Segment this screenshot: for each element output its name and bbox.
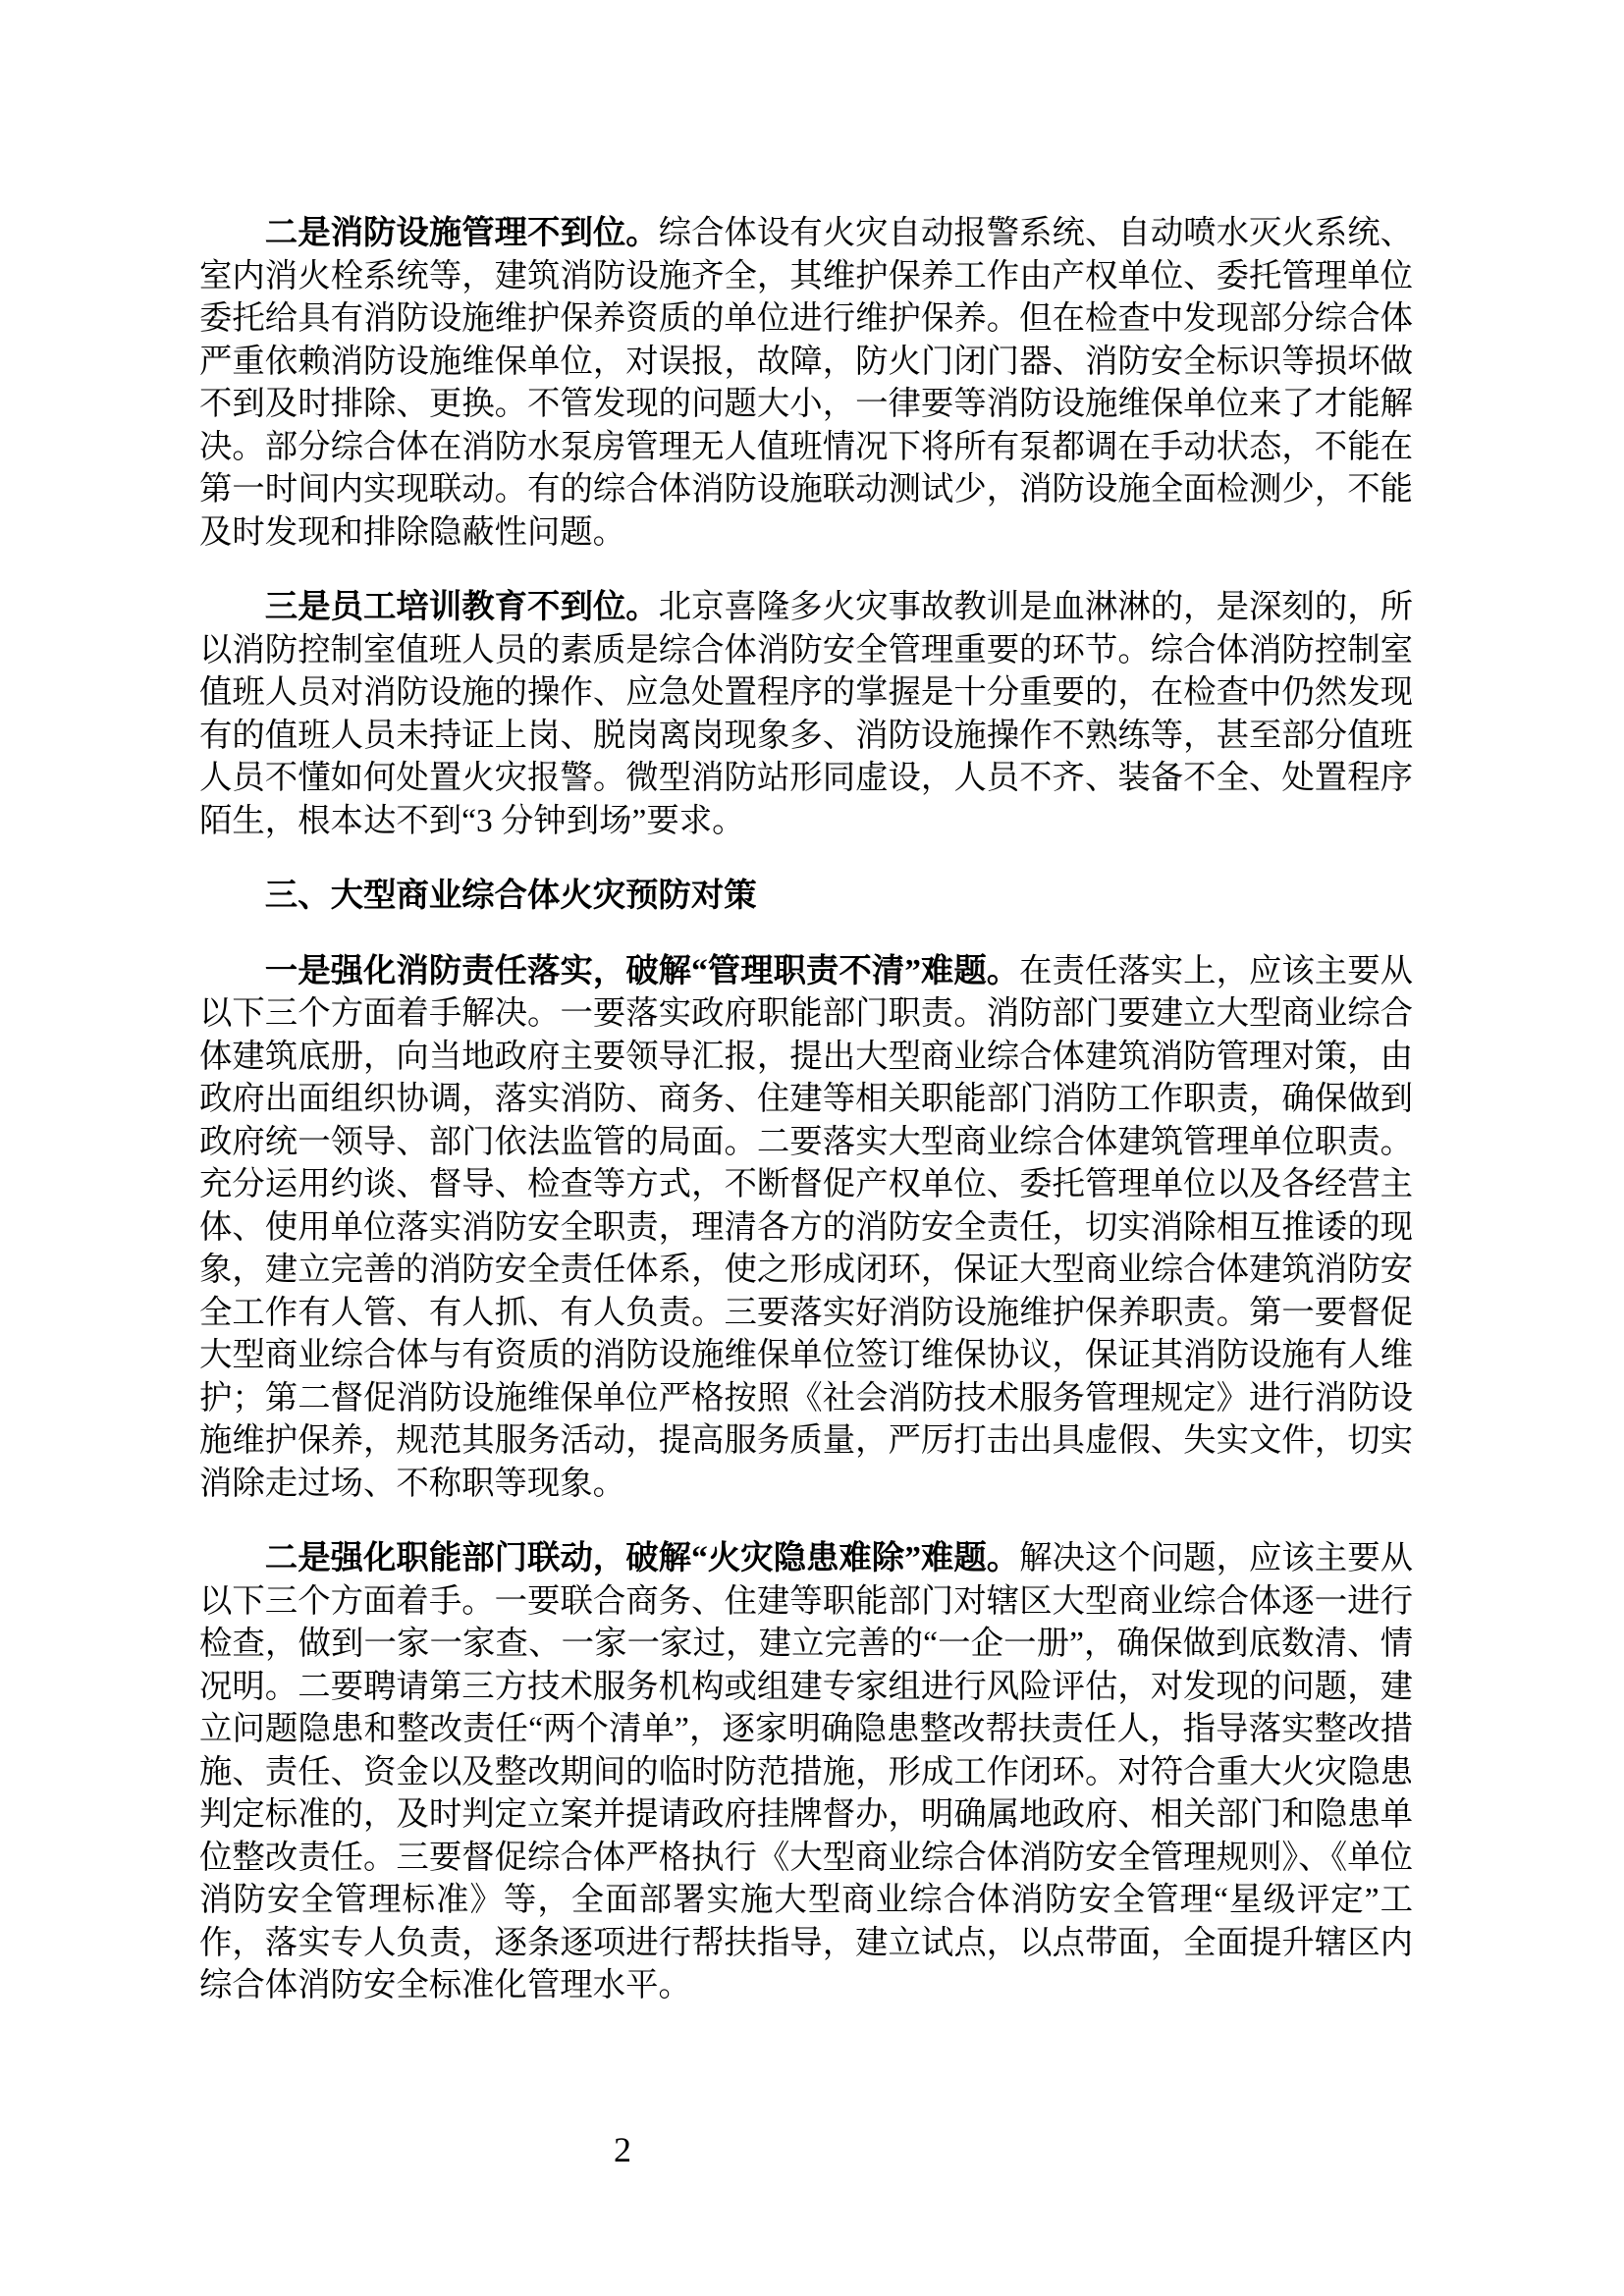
paragraph: 一是强化消防责任落实，破解“管理职责不清”难题。在责任落实上，应该主要从以下三个… — [199, 950, 1413, 1506]
paragraph-lead-bold: 一是强化消防责任落实，破解“管理职责不清”难题。 — [265, 953, 1019, 989]
paragraph-lead-bold: 二是强化职能部门联动，破解“火灾隐患难除”难题。 — [265, 1540, 1019, 1576]
section-heading: 三、大型商业综合体火灾预防对策 — [199, 875, 1413, 918]
document-page: 二是消防设施管理不到位。综合体设有火灾自动报警系统、自动喷水灭火系统、室内消火栓… — [0, 0, 1624, 2296]
paragraph-text: 综合体设有火灾自动报警系统、自动喷水灭火系统、室内消火栓系统等，建筑消防设施齐全… — [199, 215, 1413, 551]
paragraph-text: 北京喜隆多火灾事故教训是血淋淋的，是深刻的，所以消防控制室值班人员的素质是综合体… — [199, 589, 1413, 839]
paragraph: 二是消防设施管理不到位。综合体设有火灾自动报警系统、自动喷水灭火系统、室内消火栓… — [199, 212, 1413, 554]
page-number: 2 — [593, 2128, 652, 2171]
paragraph-lead-bold: 二是消防设施管理不到位。 — [265, 215, 659, 251]
paragraph-lead-bold: 三是员工培训教育不到位。 — [265, 589, 659, 625]
paragraph: 二是强化职能部门联动，破解“火灾隐患难除”难题。解决这个问题，应该主要从以下三个… — [199, 1537, 1413, 2007]
document-body: 二是消防设施管理不到位。综合体设有火灾自动报警系统、自动喷水灭火系统、室内消火栓… — [199, 212, 1413, 2040]
paragraph: 三是员工培训教育不到位。北京喜隆多火灾事故教训是血淋淋的，是深刻的，所以消防控制… — [199, 586, 1413, 842]
paragraph-text: 在责任落实上，应该主要从以下三个方面着手解决。一要落实政府职能部门职责。消防部门… — [199, 953, 1413, 1502]
paragraph-text: 解决这个问题，应该主要从以下三个方面着手。一要联合商务、住建等职能部门对辖区大型… — [199, 1540, 1413, 2003]
